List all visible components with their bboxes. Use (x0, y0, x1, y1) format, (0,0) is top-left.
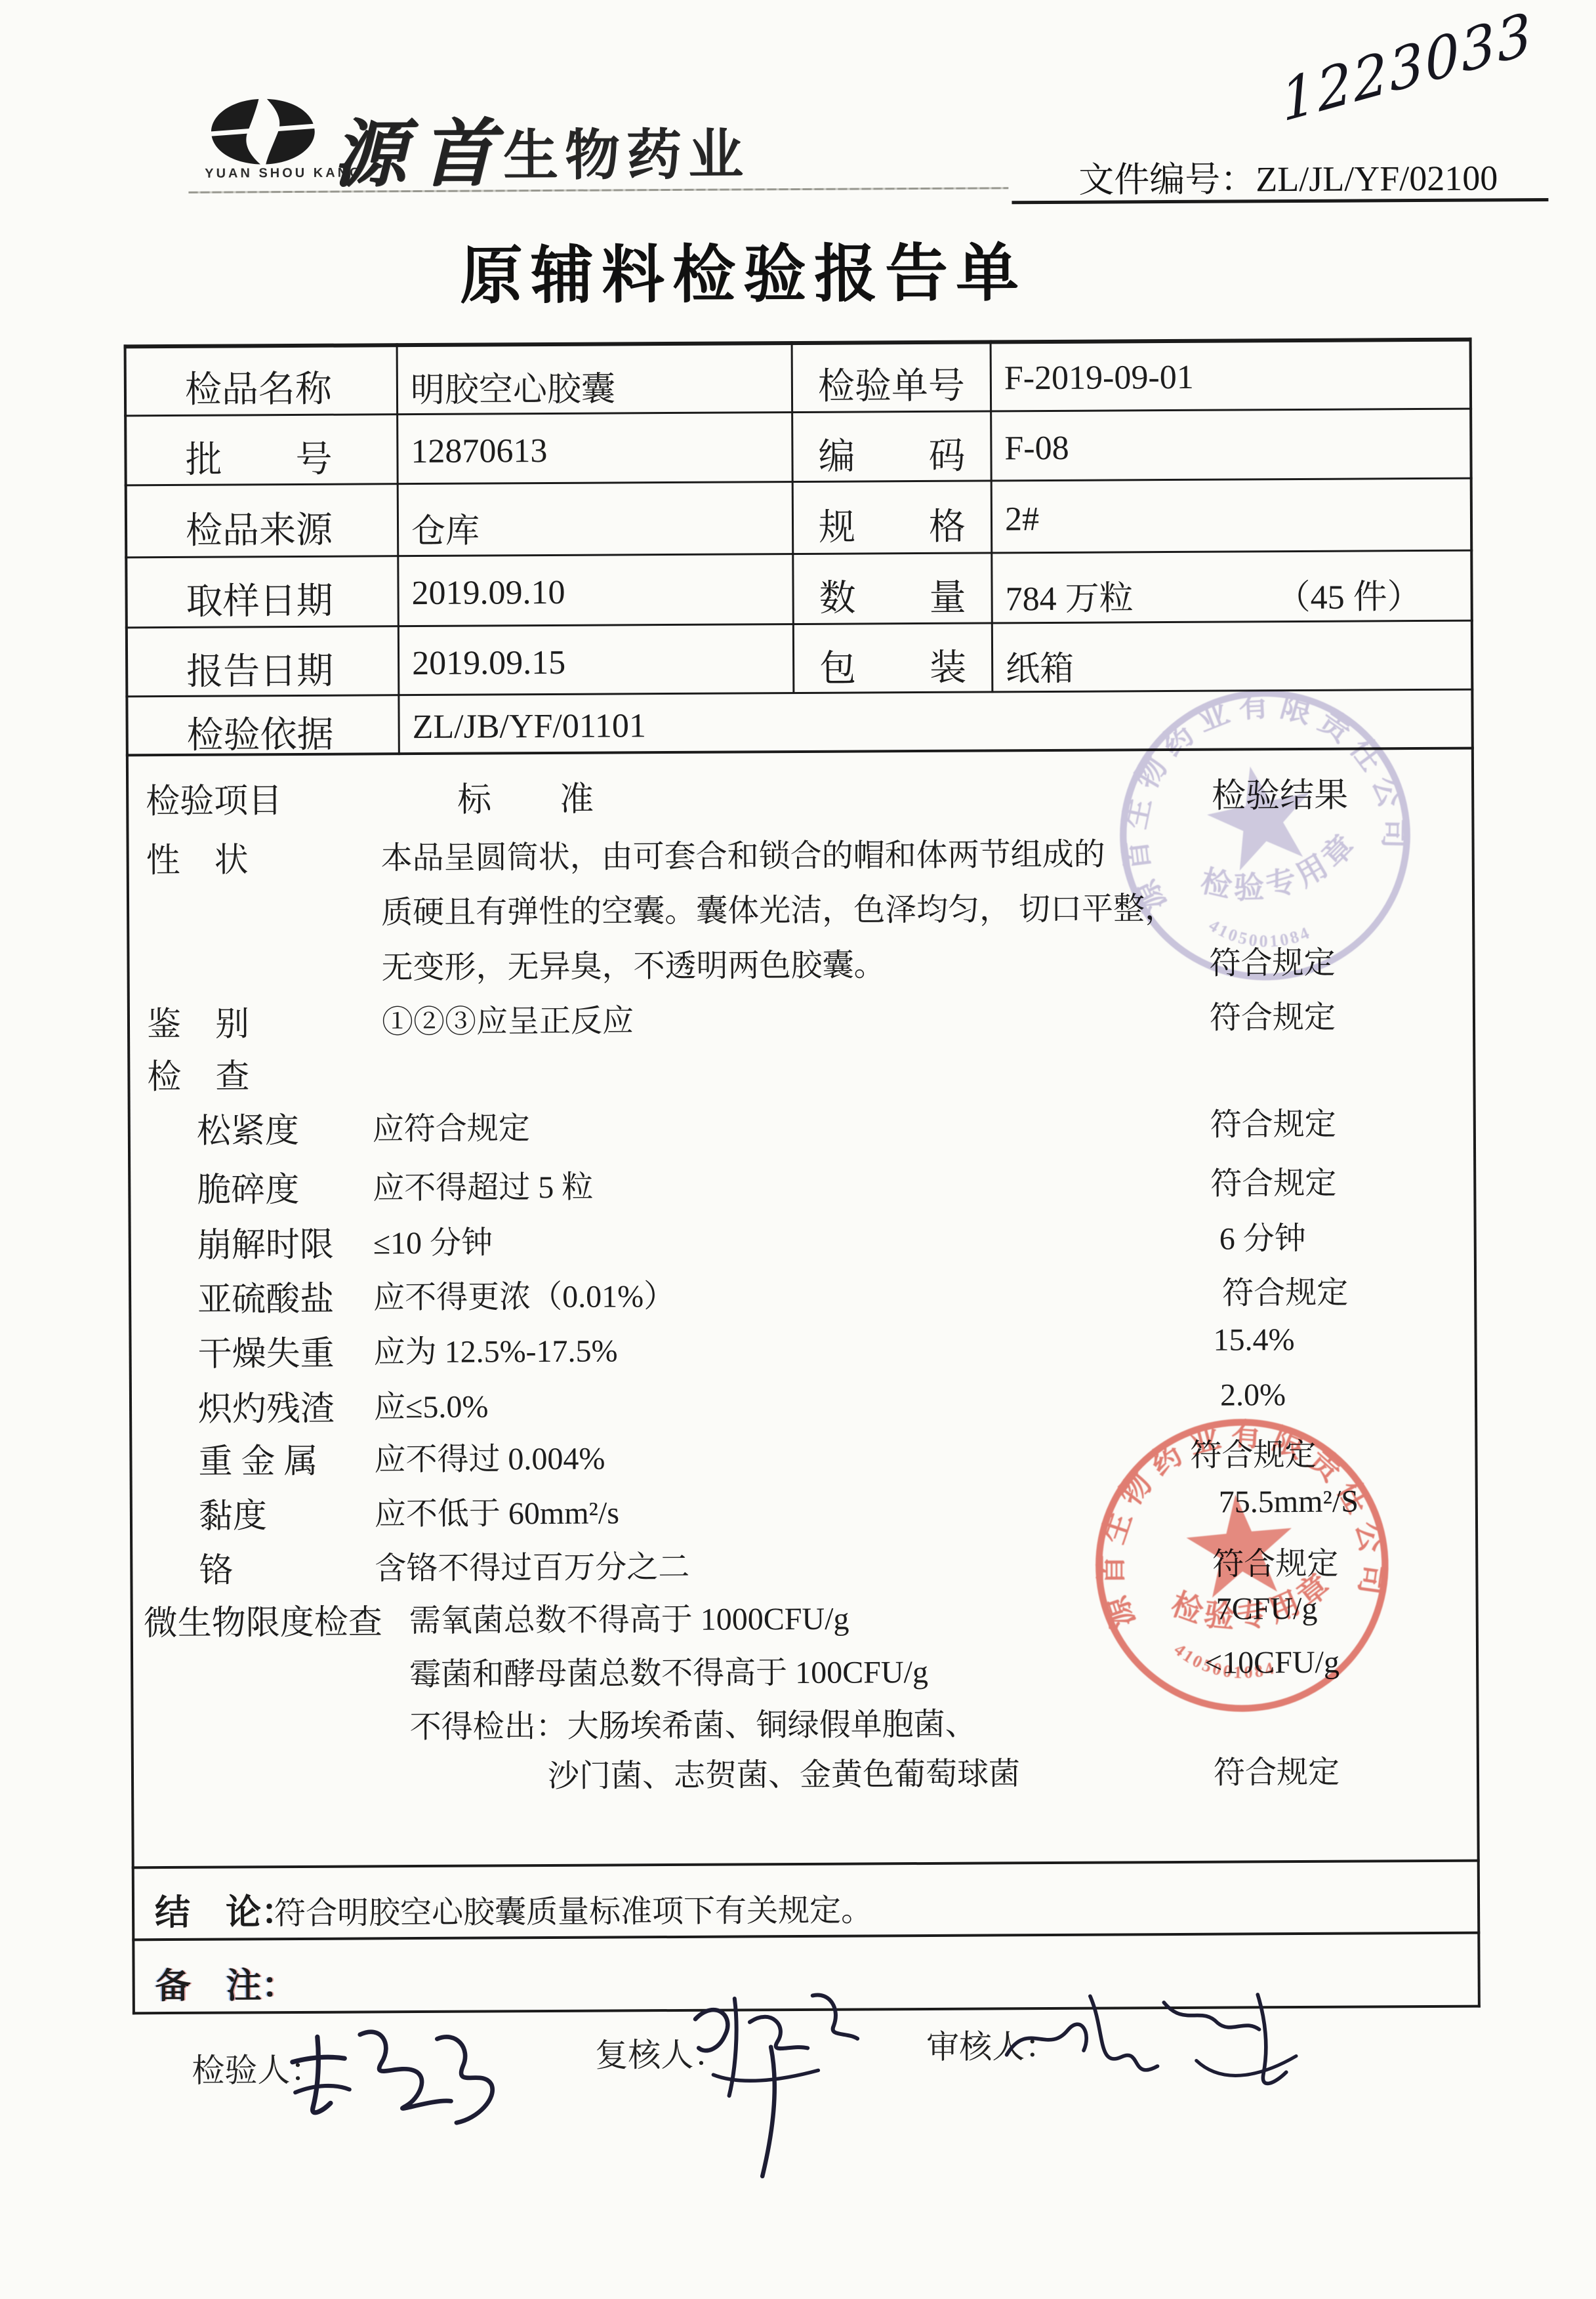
seal-serial-number: 4105001084 (1170, 1631, 1279, 1689)
item-tightness: 松紧度 (197, 1103, 299, 1152)
standard-chromium: 含铬不得过百万分之二 (375, 1541, 689, 1589)
info-label-report-no: 检验单号 (818, 357, 965, 410)
info-label-spec: 规 格 (819, 498, 966, 551)
standard-appearance-line3: 无变形，无异臭，不透明两色胶囊。 (381, 939, 885, 987)
standard-appearance-line1: 本品呈圆筒状，由可套合和锁合的帽和体两节组成的 (380, 829, 1105, 878)
auditor-signature (996, 1964, 1305, 2115)
table-border (1469, 338, 1481, 2008)
result-sulfite: 符合规定 (1222, 1267, 1348, 1313)
info-label-report-date: 报告日期 (186, 642, 333, 695)
standard-pathogens-line1: 不得检出：大肠埃希菌、铜绿假单胞菌、 (409, 1699, 976, 1747)
result-tightness: 符合规定 (1210, 1099, 1336, 1145)
info-value-quantity: 784 万粒 (1005, 570, 1133, 620)
standard-appearance-line2: 质硬且有弹性的空囊。囊体光洁，色泽均匀， 切口平整， (381, 883, 1176, 932)
info-value-code: F-08 (1004, 429, 1069, 468)
item-sulfite: 亚硫酸盐 (197, 1271, 334, 1321)
item-ignition-residue: 炽灼残渣 (198, 1381, 335, 1431)
info-value-quantity-pieces: （45 件） (1276, 569, 1421, 619)
standard-loss-on-drying: 应为 12.5%-17.5% (373, 1325, 617, 1372)
svg-text:4105001084: 4105001084 (1170, 1631, 1279, 1689)
info-label-sample-source: 检品来源 (186, 501, 333, 554)
result-pathogens: 符合规定 (1214, 1747, 1340, 1793)
info-value-sample-name: 明胶空心胶囊 (411, 361, 615, 411)
standard-pathogens-line2: 沙门菌、志贺菌、金黄色葡萄球菌 (548, 1748, 1020, 1796)
results-header-item: 检验项目 (146, 773, 282, 823)
conclusion-text: 符合明胶空心胶囊质量标准项下有关规定。 (274, 1884, 872, 1933)
remark-label: 备 注： (155, 1957, 297, 2008)
company-seal-stamp-faint: 源首生物药业有限责任公司 检验专用章 4105001084 (1083, 653, 1447, 1017)
document-number-label: 文件编号： (1078, 159, 1256, 199)
item-brittleness: 脆碎度 (197, 1162, 299, 1211)
company-seal-stamp-red: 源首生物药业有限责任公司 检验专用章 4105001084 (1074, 1398, 1410, 1733)
results-header-standard: 标 准 (457, 771, 594, 821)
item-microbial-limit: 微生物限度检查 (144, 1594, 382, 1644)
info-value-sample-source: 仓库 (411, 503, 480, 553)
standard-ignition-residue: 应≤5.0% (374, 1381, 489, 1427)
handwritten-serial-number: 1223033 (1279, 0, 1536, 135)
table-border (132, 1860, 1480, 1869)
item-heavy-metals: 重 金 属 (198, 1433, 317, 1483)
result-loss-on-drying: 15.4% (1213, 1322, 1294, 1358)
item-chromium: 铬 (199, 1543, 233, 1592)
table-border (990, 340, 994, 693)
standard-brittleness: 应不得超过 5 粒 (373, 1162, 593, 1208)
item-appearance: 性 状 (146, 832, 248, 882)
info-value-test-basis: ZL/JB/YF/01101 (412, 706, 646, 746)
table-border (124, 338, 1472, 349)
company-logo-icon (209, 95, 318, 169)
standard-viscosity: 应不低于 60mm²/s (375, 1487, 619, 1534)
info-value-sampling-date: 2019.09.10 (411, 573, 565, 613)
standard-disintegration: ≤10 分钟 (373, 1217, 493, 1263)
info-label-sampling-date: 取样日期 (186, 572, 333, 625)
info-value-report-no: F-2019-09-01 (1004, 358, 1194, 398)
info-label-packaging: 包 装 (819, 639, 966, 692)
scanned-report-sheet: 1223033 YUAN SHOU KANG 源首 生物药业 文件编号：ZL/J… (0, 0, 1596, 2299)
tester-signature (280, 1995, 497, 2141)
reviewer-signature (672, 1967, 870, 2188)
info-value-spec: 2# (1005, 500, 1039, 539)
info-label-sample-name: 检品名称 (185, 360, 332, 413)
company-name-brush: 源首 (333, 94, 509, 201)
item-loss-on-drying: 干燥失重 (197, 1326, 334, 1375)
table-border (791, 341, 795, 694)
standard-tightness: 应符合规定 (373, 1103, 530, 1149)
info-label-quantity: 数 量 (819, 569, 966, 622)
page-title: 原辅料检验报告单 (0, 220, 1491, 318)
info-label-batch-no: 批 号 (185, 430, 332, 483)
item-disintegration: 崩解时限 (197, 1217, 334, 1267)
result-disintegration: 6 分钟 (1219, 1213, 1306, 1259)
seal-serial-number: 4105001084 (1202, 896, 1315, 965)
standard-mold-yeast-count: 霉菌和酵母菌总数不得高于 100CFU/g (409, 1646, 928, 1694)
info-label-code: 编 码 (818, 427, 965, 480)
svg-text:4105001084: 4105001084 (1202, 896, 1315, 965)
document-number: 文件编号：ZL/JL/YF/02100 (1078, 150, 1498, 202)
item-inspection-section: 检 查 (147, 1048, 249, 1098)
company-name-chinese: 生物药业 (503, 110, 750, 191)
table-border (124, 344, 135, 2014)
standard-heavy-metals: 应不得过 0.004% (374, 1433, 605, 1480)
result-brittleness: 符合规定 (1210, 1158, 1336, 1204)
info-value-batch-no: 12870613 (411, 432, 547, 471)
standard-identification: ①②③应呈正反应 (382, 995, 634, 1042)
table-border (132, 1932, 1480, 1942)
info-value-packaging: 纸箱 (1006, 641, 1074, 691)
document-number-value: ZL/JL/YF/02100 (1256, 158, 1498, 199)
standard-aerobic-count: 需氧菌总数不得高于 1000CFU/g (409, 1593, 849, 1641)
standard-sulfite: 应不得更浓（0.01%） (373, 1271, 675, 1317)
table-border (396, 343, 400, 755)
item-viscosity: 黏度 (199, 1488, 267, 1537)
item-identification: 鉴 别 (147, 996, 249, 1046)
info-label-test-basis: 检验依据 (186, 706, 333, 759)
info-value-report-date: 2019.09.15 (412, 643, 565, 683)
